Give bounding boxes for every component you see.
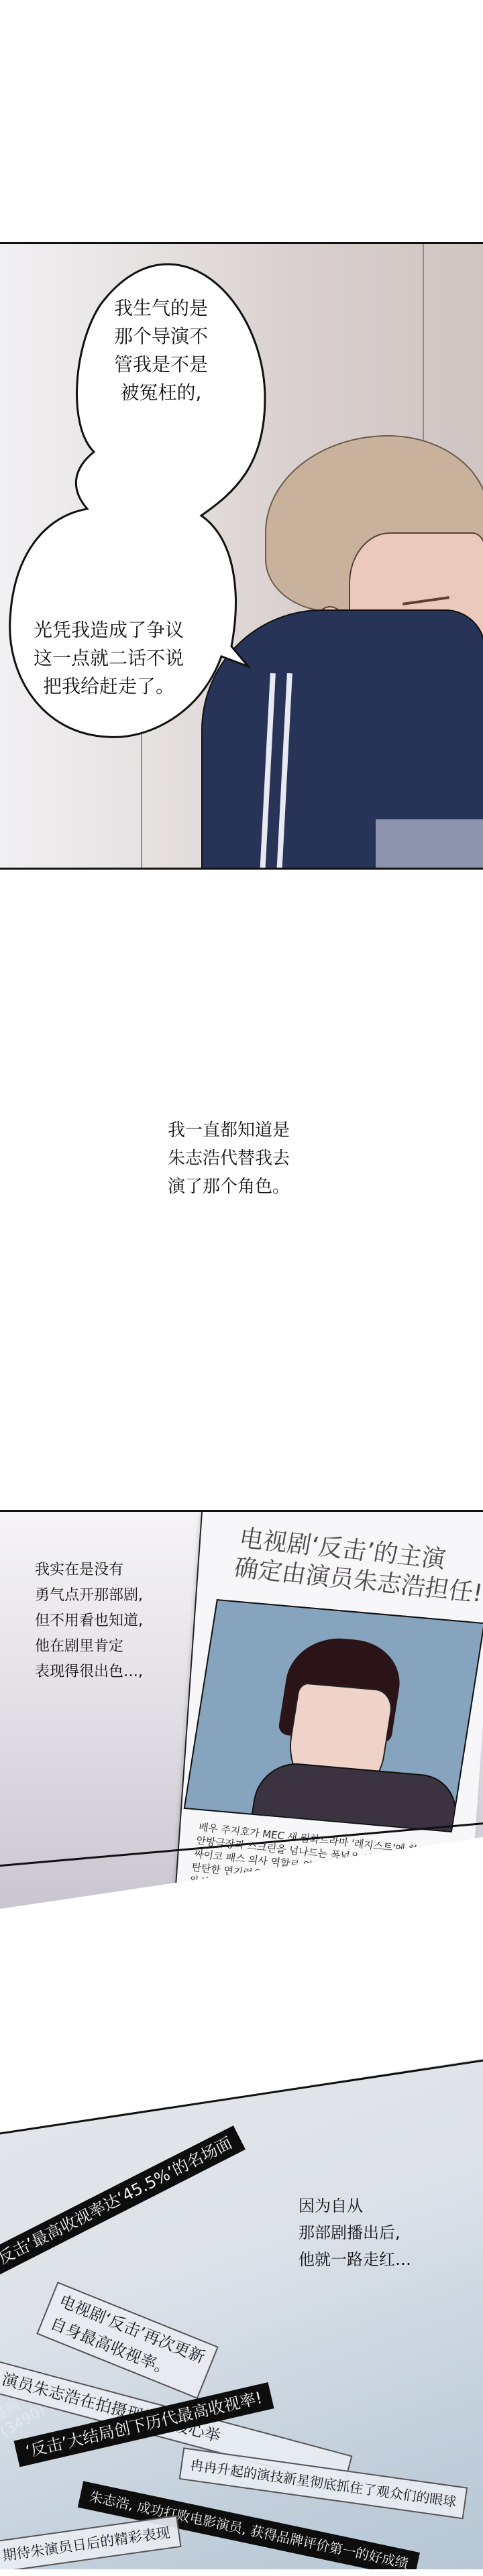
speech-bubble-bottom: 光凭我造成了争议 这一点就二话不说 把我给赶走了。 [34, 616, 184, 701]
speech-bubble-top: 我生气的是 那个导演不 管我是不是 被冤枉的, [114, 294, 208, 407]
newspaper-body: 배우 주지호가 MEC 새 월화드라마 '레지스트'에 합류하 안방극장과 스크… [188, 1820, 437, 1912]
headline-strip: 期待朱演员日后的精彩表现 [0, 2515, 182, 2573]
narration-panel2: 我实在是没有 勇气点开那部剧, 但不用看也知道, 他在剧里肯定 表现得很出色…, [35, 1558, 143, 1685]
newspaper-headline: 电视剧‘反击’的主演 确定由演员朱志浩担任! [231, 1524, 483, 1609]
headline-strip: ‘反击’最高收视率达‘45.5%’的名场面 [0, 2125, 246, 2278]
panel-argument: 我生气的是 那个导演不 管我是不是 被冤枉的, 光凭我造成了争议 这一点就二话不… [0, 242, 483, 870]
newspaper-clipping: 电视剧‘反击’的主演 确定由演员朱志浩担任! 배우 주지호가 MEC 새 월화드… [175, 1512, 483, 1887]
panel-headlines: 电视剧‘反击’再次更新 自身最高收视率。 演员朱志浩在拍摄现场的暖心举 ‘反击’… [0, 2058, 483, 2576]
newspaper-photo [184, 1599, 483, 1832]
panel-newspaper: 电视剧‘反击’的主演 确定由演员朱志浩担任! 배우 주지호가 MEC 새 월화드… [0, 1510, 483, 1909]
jacket-sleeve-inner [376, 819, 483, 870]
photo-suit [247, 1760, 462, 1832]
narration-middle: 我一直都知道是 朱志浩代替我去 演了那个角色。 [168, 1116, 290, 1201]
narration-panel3: 因为自从 那部剧播出后, 他就一路走红… [299, 2192, 411, 2273]
panel-border [0, 1510, 483, 1512]
page-bottom-gutter [0, 2569, 483, 2576]
